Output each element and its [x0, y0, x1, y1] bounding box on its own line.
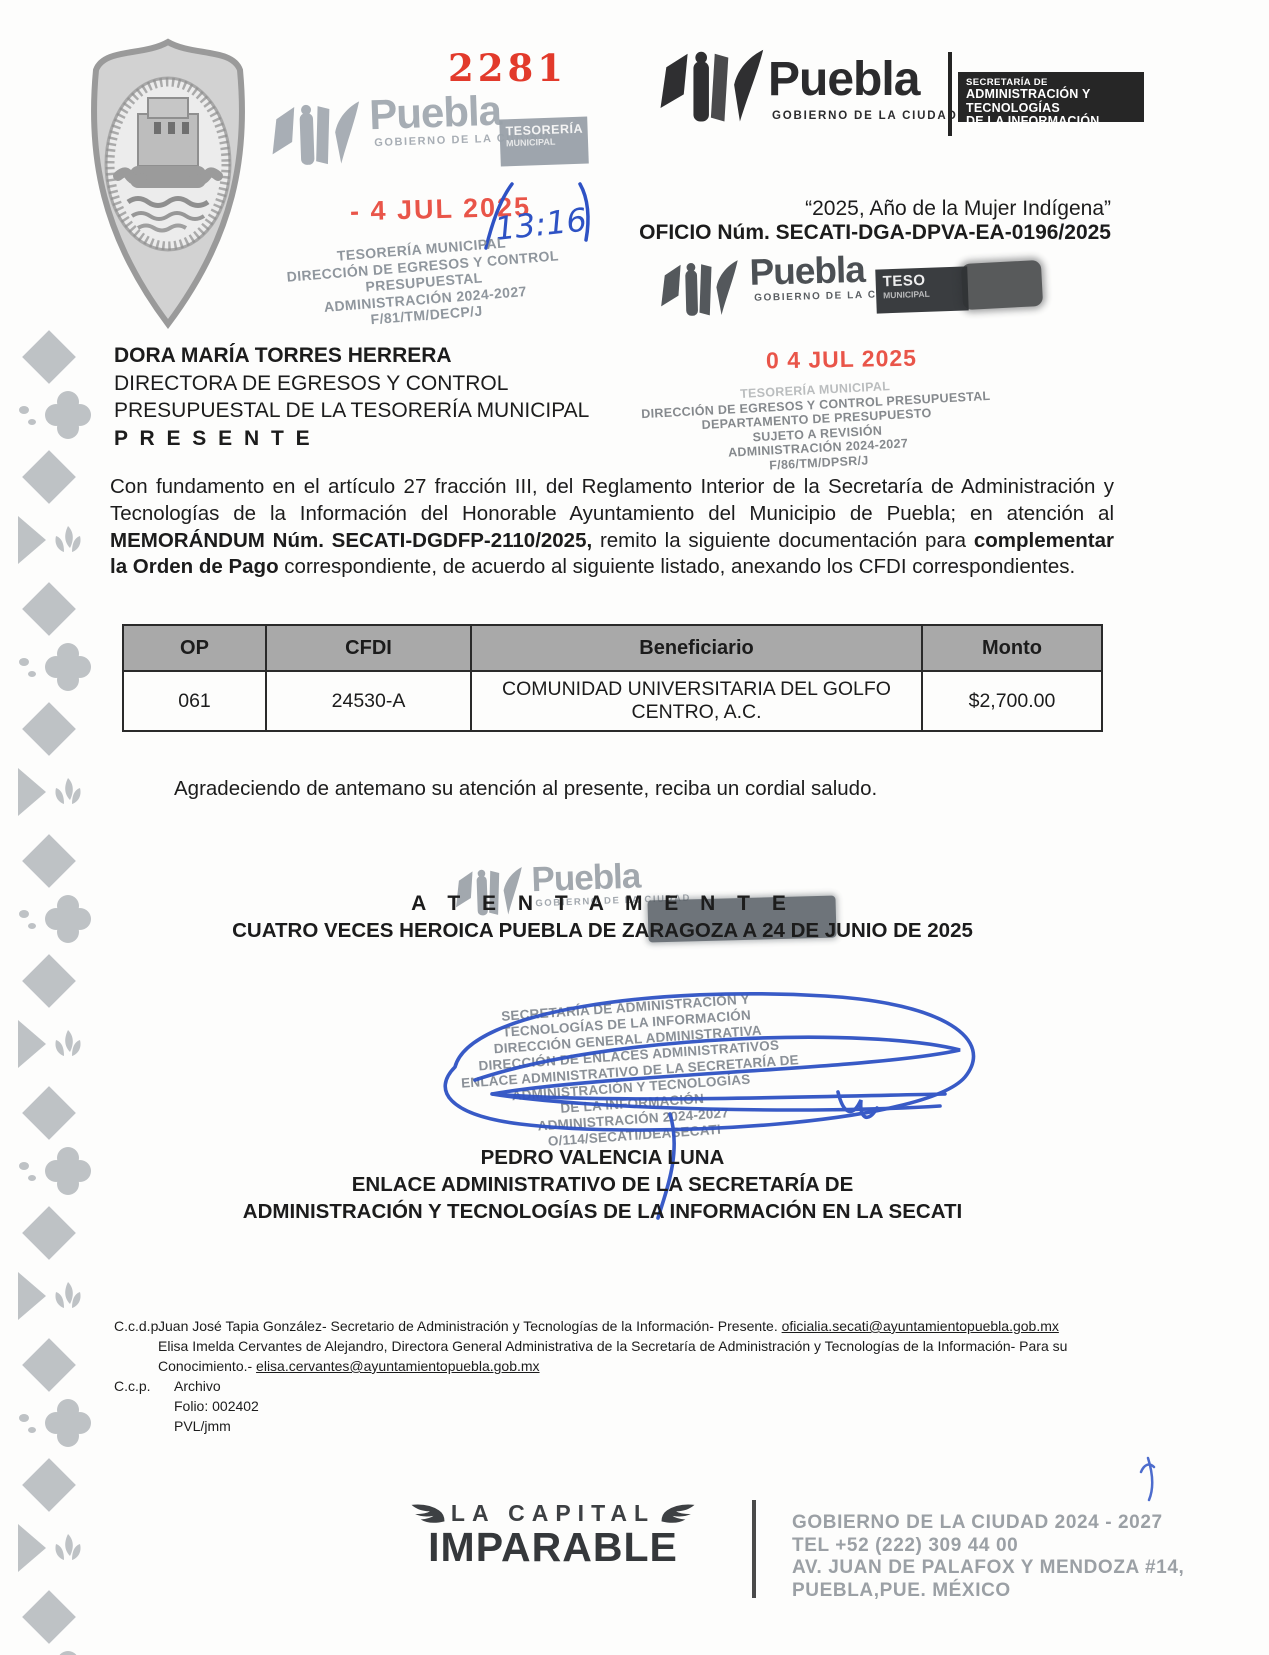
col-monto: Monto: [922, 625, 1102, 671]
talavera-icons: [651, 255, 741, 331]
body-text-3: correspondiente, de acuerdo al siguiente…: [279, 555, 1076, 578]
col-beneficiario: Beneficiario: [471, 625, 922, 671]
body-paragraph: Con fundamento en el artículo 27 fracció…: [110, 474, 1114, 581]
footer-contact-block: GOBIERNO DE LA CIUDAD 2024 - 2027 TEL +5…: [792, 1512, 1184, 1602]
table-header-row: OP CFDI Beneficiario Monto: [123, 625, 1102, 671]
left-border-pattern: [12, 330, 92, 1655]
secretaria-line3: DE LA INFORMACIÓN: [966, 115, 1136, 129]
presupuesto-stamp-text: TESORERÍA MUNICIPAL DIRECCIÓN DE EGRESOS…: [626, 373, 1008, 480]
ccp-label: C.c.p.: [114, 1376, 151, 1396]
col-cfdi: CFDI: [266, 625, 471, 671]
secretaria-line2: ADMINISTRACIÓN Y TECNOLOGÍAS: [966, 88, 1136, 115]
city-and-date: CUATRO VECES HEROICA PUEBLA DE ZARAGOZA …: [110, 919, 1095, 943]
col-op: OP: [123, 625, 266, 671]
ink-smudge: [961, 260, 1043, 310]
cell-op: 061: [123, 671, 266, 731]
cell-beneficiario: COMUNIDAD UNIVERSITARIA DEL GOLFO CENTRO…: [471, 671, 922, 731]
stamp-box-line2: MUNICIPAL: [883, 288, 961, 301]
recipient-presente: P R E S E N T E: [114, 425, 589, 453]
received-date-stamp-2: 0 4 JUL 2025: [766, 345, 917, 375]
header-puebla-wordmark: Puebla: [768, 52, 919, 107]
memorandum-ref: MEMORÁNDUM Núm. SECATI-DGDFP-2110/2025,: [110, 529, 592, 552]
footer-phone: TEL +52 (222) 309 44 00: [792, 1535, 1184, 1558]
tesoreria-stamp-text: TESORERÍA MUNICIPAL DIRECCIÓN DE EGRESOS…: [253, 228, 594, 337]
wing-left-icon: [411, 1503, 445, 1525]
city-slogan: LA CAPITAL IMPARABLE: [388, 1500, 718, 1571]
ccp-folio: Folio: 002402: [158, 1396, 1076, 1416]
header-talavera-icons: [648, 46, 766, 138]
signer-title-1: ENLACE ADMINISTRATIVO DE LA SECRETARÍA D…: [110, 1173, 1095, 1197]
body-text-1: Con fundamento en el artículo 27 fracció…: [110, 475, 1114, 525]
table-row: 061 24530-A COMUNIDAD UNIVERSITARIA DEL …: [123, 671, 1102, 731]
pen-mark: [1138, 1456, 1166, 1502]
ccdp-entry-1: C.c.d.p.Juan José Tapia González- Secret…: [114, 1316, 1076, 1336]
body-text-2: remito la siguiente documentación para: [592, 529, 974, 552]
city-coat-of-arms: [82, 36, 254, 332]
wing-right-icon: [661, 1503, 695, 1525]
signer-name: PEDRO VALENCIA LUNA: [110, 1146, 1095, 1170]
stamp-box-line2: MUNICIPAL: [506, 136, 582, 149]
presupuesto-stamp-box: TESO MUNICIPAL: [875, 266, 968, 313]
ccp-archivo: Archivo: [158, 1376, 221, 1396]
year-quote: “2025, Año de la Mujer Indígena”: [600, 197, 1111, 221]
closing-line: Agradeciendo de antemano su atención al …: [174, 777, 877, 801]
cc-block: C.c.d.p.Juan José Tapia González- Secret…: [114, 1316, 1076, 1436]
recipient-block: DORA MARÍA TORRES HERRERA DIRECTORA DE E…: [114, 342, 589, 452]
signer-title-2: ADMINISTRACIÓN Y TECNOLOGÍAS DE LA INFOR…: [110, 1200, 1095, 1224]
oficio-number: OFICIO Núm. SECATI-DGA-DPVA-EA-0196/2025: [600, 221, 1111, 245]
recipient-name: DORA MARÍA TORRES HERRERA: [114, 342, 589, 370]
ccdp-label: C.c.d.p.: [114, 1316, 162, 1336]
tesoreria-stamp-box: TESORERÍA MUNICIPAL: [499, 116, 589, 166]
footer-government: GOBIERNO DE LA CIUDAD 2024 - 2027: [792, 1512, 1184, 1535]
header-divider: [948, 52, 952, 136]
ccdp-email-2: elisa.cervantes@ayuntamientopuebla.gob.m…: [256, 1358, 540, 1374]
cell-monto: $2,700.00: [922, 671, 1102, 731]
scanned-letter-page: 2281 Puebla GOBIERNO DE LA CIUDAD TESORE…: [0, 0, 1269, 1655]
ccdp-email-1: oficialia.secati@ayuntamientopuebla.gob.…: [782, 1318, 1059, 1334]
recipient-title-1: DIRECTORA DE EGRESOS Y CONTROL: [114, 370, 589, 398]
footer-address-1: AV. JUAN DE PALAFOX Y MENDOZA #14,: [792, 1557, 1184, 1580]
ccp-initials: PVL/jmm: [158, 1416, 1076, 1436]
payment-table: OP CFDI Beneficiario Monto 061 24530-A C…: [122, 624, 1103, 732]
recipient-title-2: PRESUPUESTAL DE LA TESORERÍA MUNICIPAL: [114, 397, 589, 425]
slogan-bottom: IMPARABLE: [388, 1524, 718, 1571]
header-puebla-tagline: GOBIERNO DE LA CIUDAD: [772, 110, 958, 122]
atentamente: A T E N T A M E N T E: [110, 892, 1095, 916]
footer-address-2: PUEBLA,PUE. MÉXICO: [792, 1580, 1184, 1603]
red-folio-stamp: 2281: [448, 46, 567, 90]
ccp-entry: C.c.p. Archivo Folio: 002402 PVL/jmm: [114, 1376, 1076, 1436]
talavera-icons: [261, 96, 364, 183]
footer-divider: [752, 1500, 756, 1598]
ccdp-entry-2: Elisa Imelda Cervantes de Alejandro, Dir…: [114, 1336, 1076, 1376]
header-secretaria-box: SECRETARÍA DE ADMINISTRACIÓN Y TECNOLOGÍ…: [958, 72, 1144, 122]
cell-cfdi: 24530-A: [266, 671, 471, 731]
slogan-top: LA CAPITAL: [451, 1500, 655, 1527]
ccdp-text-1: Juan José Tapia González- Secretario de …: [158, 1318, 782, 1334]
